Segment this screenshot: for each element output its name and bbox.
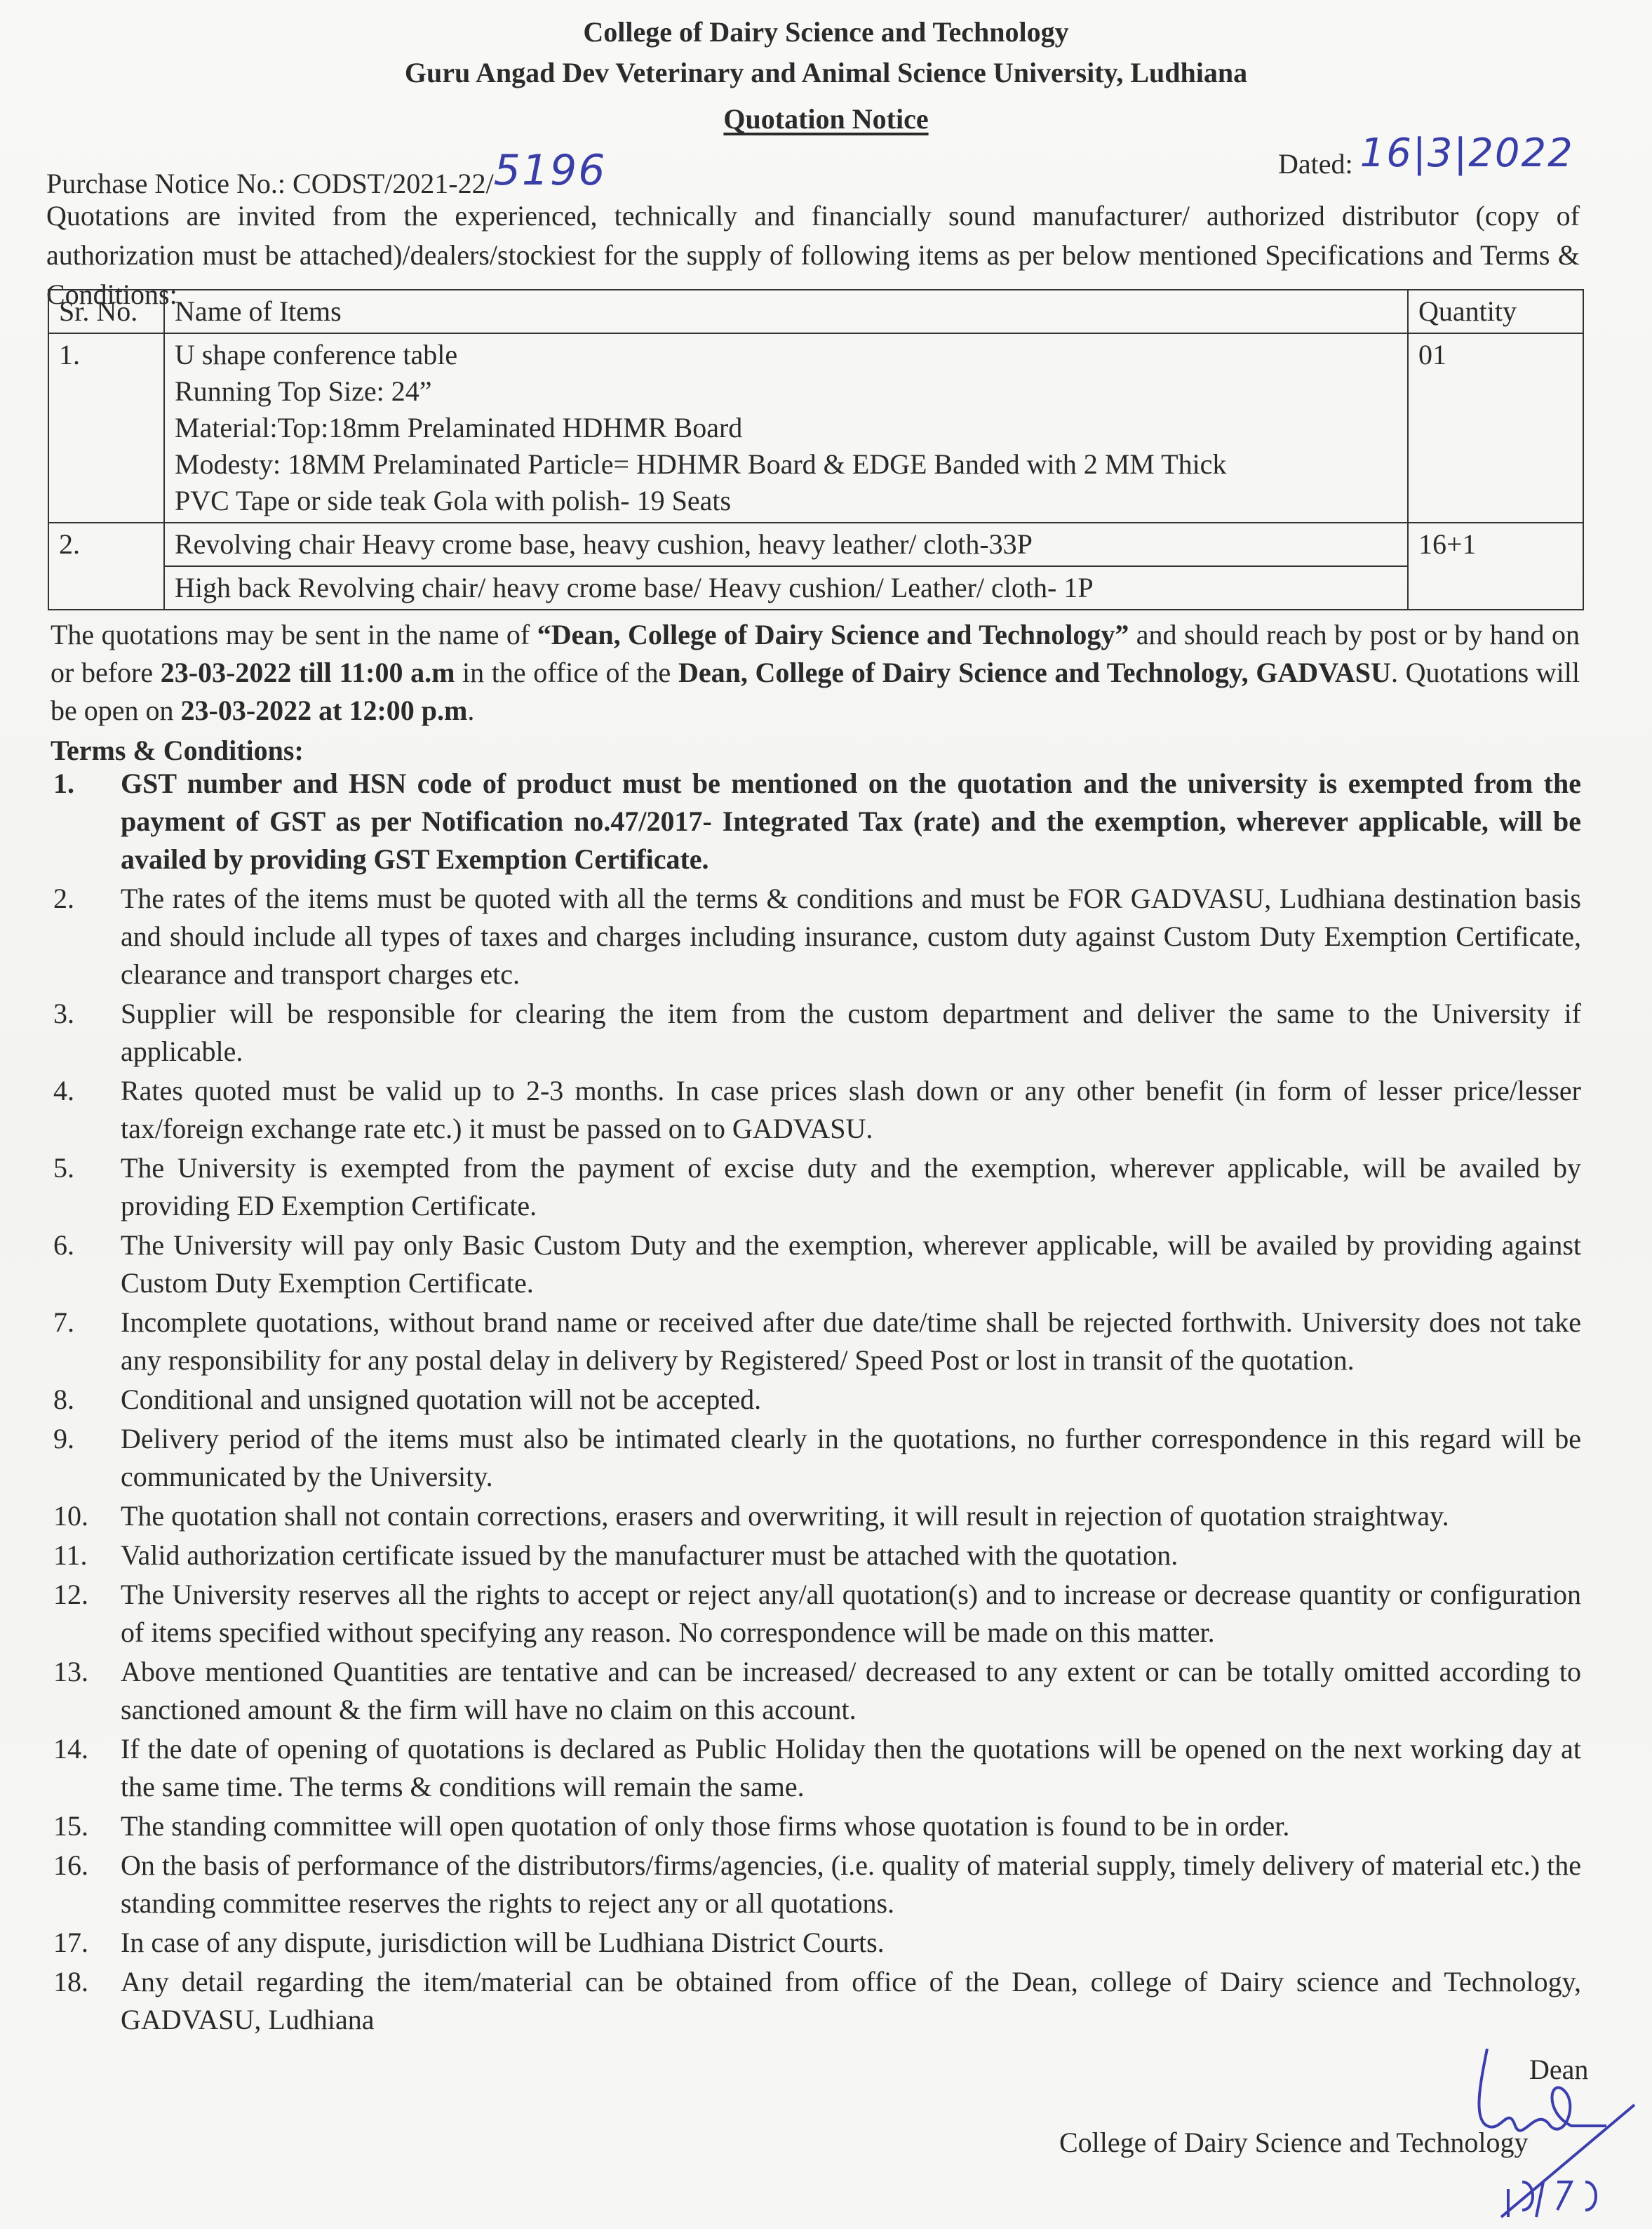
header-quantity: Quantity	[1408, 290, 1583, 333]
row-sr-no: 2.	[48, 523, 164, 610]
terms-heading: Terms & Conditions:	[51, 734, 304, 767]
term-number: 13.	[53, 1653, 88, 1691]
term-number: 2.	[53, 880, 74, 918]
table-subrow: High back Revolving chair/ heavy crome b…	[48, 566, 1583, 610]
term-text: The rates of the items must be quoted wi…	[121, 883, 1581, 990]
term-item: 1.GST number and HSN code of product mus…	[51, 765, 1581, 878]
term-text: The quotation shall not contain correcti…	[121, 1500, 1449, 1532]
header-sr-no: Sr. No.	[48, 290, 164, 333]
purchase-notice-label: Purchase Notice No.: CODST/2021-22/	[46, 168, 494, 199]
term-text: On the basis of performance of the distr…	[121, 1849, 1581, 1919]
submission-paragraph: The quotations may be sent in the name o…	[51, 616, 1580, 730]
term-number: 4.	[53, 1072, 74, 1110]
term-text: Any detail regarding the item/material c…	[121, 1966, 1581, 2035]
term-item: 4.Rates quoted must be valid up to 2-3 m…	[51, 1072, 1581, 1148]
row-item-description: High back Revolving chair/ heavy crome b…	[164, 566, 1408, 610]
item-line: Running Top Size: 24”	[175, 373, 1397, 410]
submission-office: Dean, College of Dairy Science and Techn…	[678, 657, 1391, 688]
term-text: Above mentioned Quantities are tentative…	[121, 1656, 1581, 1725]
term-item: 12.The University reserves all the right…	[51, 1576, 1581, 1652]
term-text: The University will pay only Basic Custo…	[121, 1229, 1581, 1299]
signatory-title: Dean	[1529, 2053, 1588, 2086]
term-item: 2.The rates of the items must be quoted …	[51, 880, 1581, 993]
term-text: The University is exempted from the paym…	[121, 1152, 1581, 1221]
college-name-heading: College of Dairy Science and Technology	[0, 15, 1652, 48]
term-number: 5.	[53, 1149, 74, 1187]
table-row: 2. Revolving chair Heavy crome base, hea…	[48, 523, 1583, 566]
submission-text: .	[467, 695, 474, 726]
term-item: 18.Any detail regarding the item/materia…	[51, 1963, 1581, 2039]
term-number: 17.	[53, 1924, 88, 1962]
row-item-description: Revolving chair Heavy crome base, heavy …	[164, 523, 1408, 566]
scanned-document-page: College of Dairy Science and Technology …	[0, 0, 1652, 2229]
term-text: Conditional and unsigned quotation will …	[121, 1384, 761, 1415]
item-line: Modesty: 18MM Prelaminated Particle= HDH…	[175, 446, 1397, 483]
signatory-organization: College of Dairy Science and Technology	[1059, 2126, 1528, 2159]
term-item: 6.The University will pay only Basic Cus…	[51, 1226, 1581, 1302]
term-number: 14.	[53, 1730, 88, 1768]
term-text: The University reserves all the rights t…	[121, 1579, 1581, 1648]
term-number: 8.	[53, 1381, 74, 1419]
term-number: 11.	[53, 1537, 88, 1574]
submission-text: The quotations may be sent in the name o…	[51, 619, 537, 650]
term-item: 8.Conditional and unsigned quotation wil…	[51, 1381, 1581, 1419]
items-table: Sr. No. Name of Items Quantity 1. U shap…	[48, 289, 1584, 610]
dated-label: Dated:	[1278, 148, 1353, 180]
term-item: 13.Above mentioned Quantities are tentat…	[51, 1653, 1581, 1729]
term-text: Rates quoted must be valid up to 2-3 mon…	[121, 1075, 1581, 1144]
row-item-description: U shape conference table Running Top Siz…	[164, 333, 1408, 523]
item-line: Material:Top:18mm Prelaminated HDHMR Boa…	[175, 410, 1397, 446]
table-header-row: Sr. No. Name of Items Quantity	[48, 290, 1583, 333]
term-number: 18.	[53, 1963, 88, 2001]
term-item: 7.Incomplete quotations, without brand n…	[51, 1304, 1581, 1379]
term-number: 12.	[53, 1576, 88, 1614]
item-line: U shape conference table	[175, 337, 1397, 373]
term-text: If the date of opening of quotations is …	[121, 1733, 1581, 1802]
term-number: 16.	[53, 1847, 88, 1885]
row-quantity: 16+1	[1408, 523, 1583, 610]
term-item: 11.Valid authorization certificate issue…	[51, 1537, 1581, 1574]
submission-addressee: “Dean, College of Dairy Science and Tech…	[537, 619, 1129, 650]
term-number: 6.	[53, 1226, 74, 1264]
handwritten-notice-number: 5196	[494, 146, 607, 195]
term-number: 15.	[53, 1807, 88, 1845]
term-item: 9.Delivery period of the items must also…	[51, 1420, 1581, 1496]
term-item: 17.In case of any dispute, jurisdiction …	[51, 1924, 1581, 1962]
opening-datetime: 23-03-2022 at 12:00 p.m	[181, 695, 468, 726]
term-text: The standing committee will open quotati…	[121, 1810, 1289, 1842]
submission-deadline: 23-03-2022 till 11:00 a.m	[161, 657, 455, 688]
term-text: Incomplete quotations, without brand nam…	[121, 1306, 1581, 1376]
term-number: 7.	[53, 1304, 74, 1341]
term-text: Supplier will be responsible for clearin…	[121, 998, 1581, 1067]
item-line: PVC Tape or side teak Gola with polish- …	[175, 483, 1397, 519]
row-quantity: 01	[1408, 333, 1583, 523]
header-name-of-items: Name of Items	[164, 290, 1408, 333]
term-text: Valid authorization certificate issued b…	[121, 1539, 1178, 1571]
term-item: 5.The University is exempted from the pa…	[51, 1149, 1581, 1225]
term-number: 3.	[53, 995, 74, 1033]
term-item: 15.The standing committee will open quot…	[51, 1807, 1581, 1845]
term-text: In case of any dispute, jurisdiction wil…	[121, 1927, 885, 1958]
submission-text: in the office of the	[455, 657, 678, 688]
term-number: 10.	[53, 1497, 88, 1535]
term-item: 14.If the date of opening of quotations …	[51, 1730, 1581, 1806]
handwritten-signature-icon	[1445, 2021, 1641, 2229]
table-row: 1. U shape conference table Running Top …	[48, 333, 1583, 523]
term-item: 10.The quotation shall not contain corre…	[51, 1497, 1581, 1535]
term-item: 3.Supplier will be responsible for clear…	[51, 995, 1581, 1071]
term-text: Delivery period of the items must also b…	[121, 1423, 1581, 1492]
university-name-heading: Guru Angad Dev Veterinary and Animal Sci…	[0, 56, 1652, 89]
terms-list: 1.GST number and HSN code of product mus…	[51, 765, 1581, 2040]
term-number: 1.	[53, 765, 74, 803]
notice-date: Dated: 16|3|2022	[1278, 138, 1574, 183]
handwritten-date: 16|3|2022	[1360, 130, 1574, 176]
term-text: GST number and HSN code of product must …	[121, 768, 1581, 875]
term-number: 9.	[53, 1420, 74, 1458]
row-sr-no: 1.	[48, 333, 164, 523]
term-item: 16.On the basis of performance of the di…	[51, 1847, 1581, 1922]
